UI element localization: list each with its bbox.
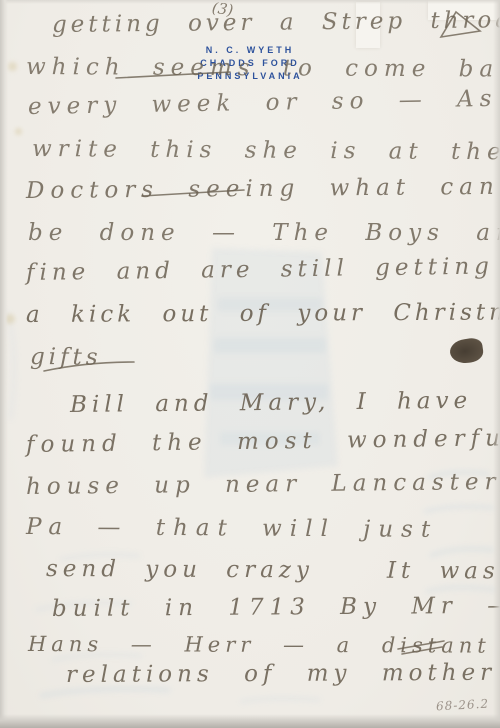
strikethrough-mark [142, 190, 244, 196]
triangle-annotation [441, 12, 480, 37]
pen-annotation-marks [0, 0, 500, 728]
letter-page: N. C. WYETH CHADDS FORD PENNSYLVANIA (3)… [0, 0, 500, 728]
underline-mark [44, 362, 134, 371]
catalog-number: 68-26.2 [436, 697, 490, 714]
strikethrough-mark [116, 72, 230, 78]
